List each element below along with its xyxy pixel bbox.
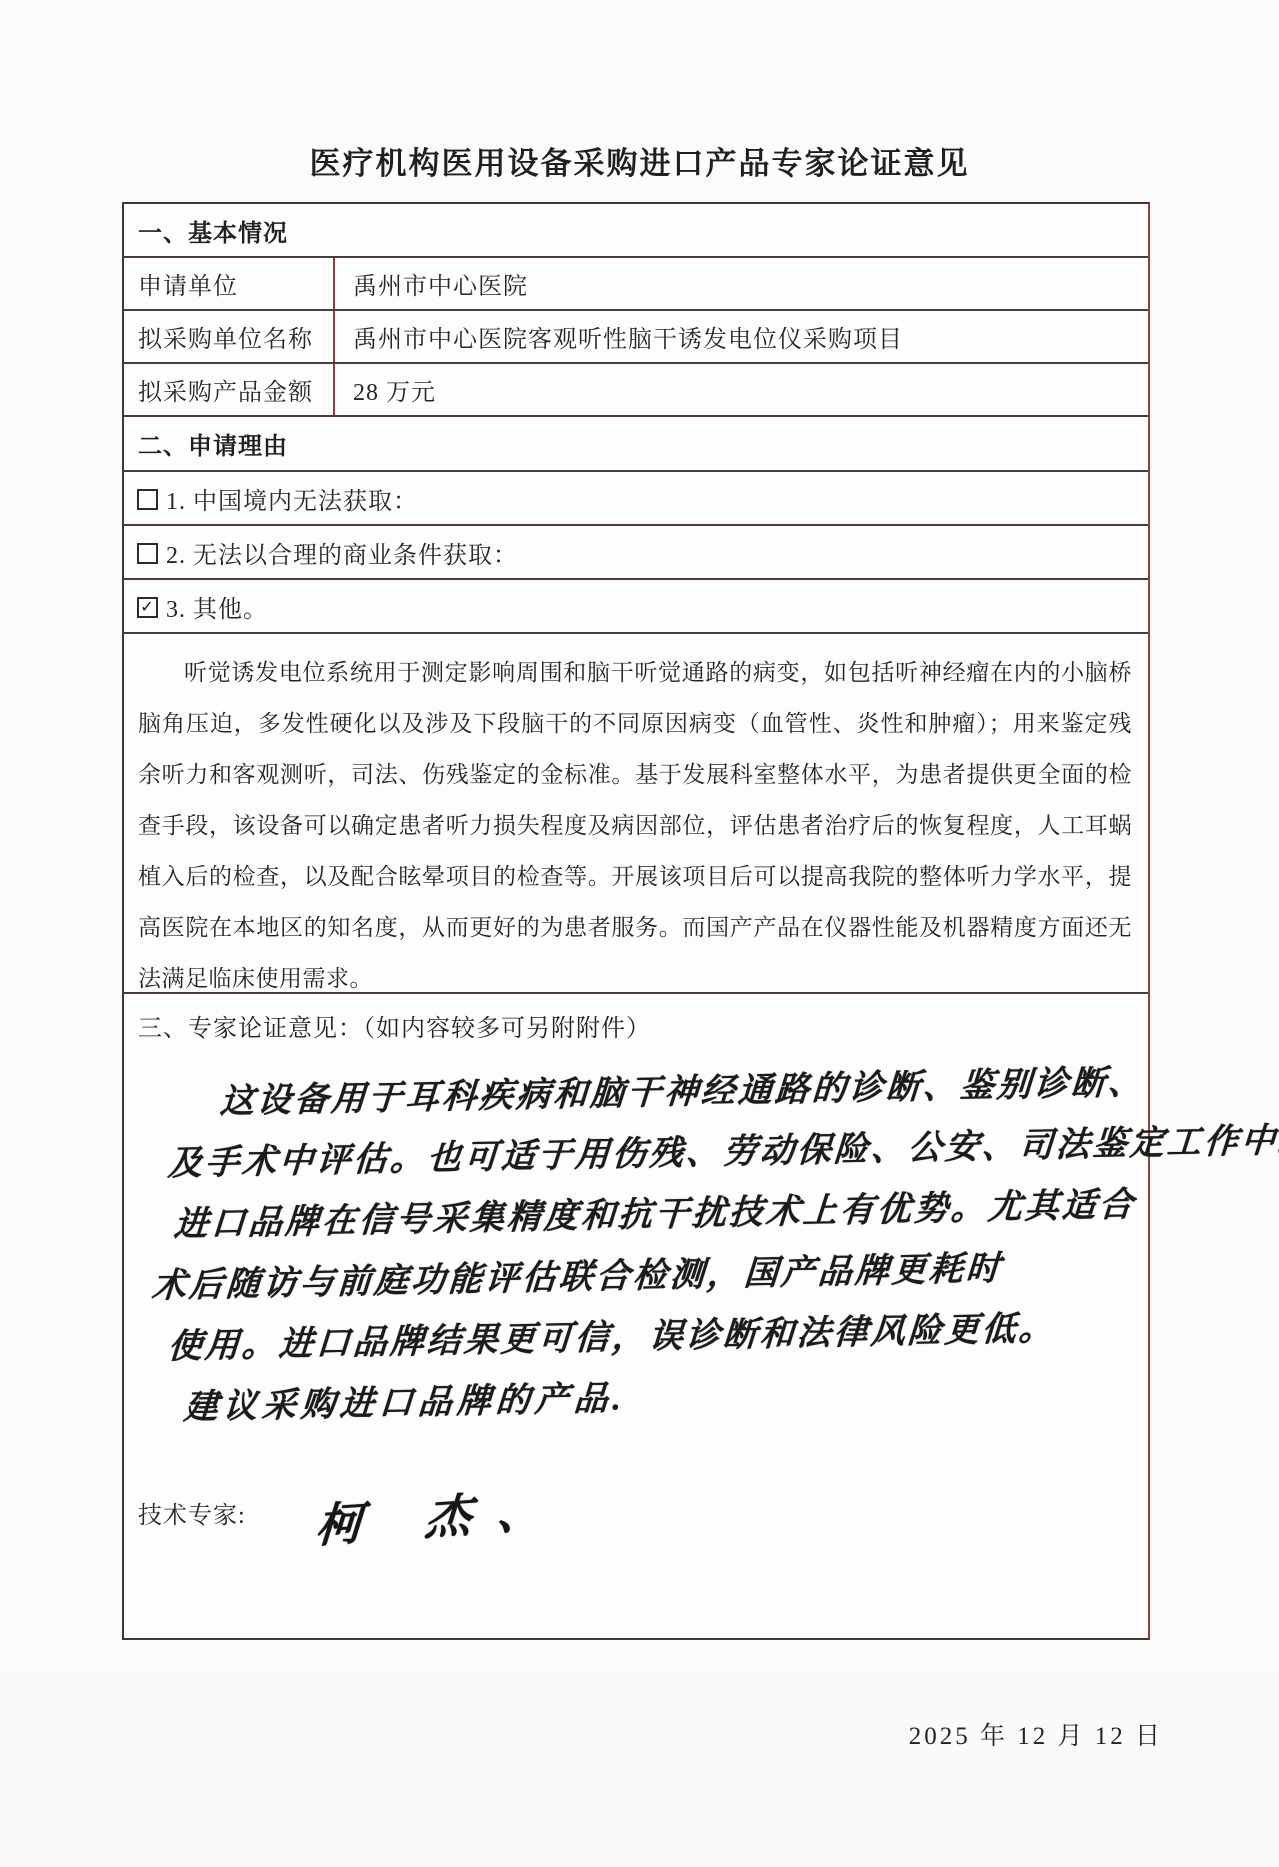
section-reason-header: 二、申请理由 xyxy=(124,417,1148,472)
reason-option-3: ✓ 3. 其他。 xyxy=(124,580,1148,634)
section-header-text: 二、申请理由 xyxy=(138,426,288,461)
checkbox-unchecked-icon xyxy=(137,543,158,564)
option-label: 2. 无法以合理的商业条件获取： xyxy=(166,535,518,570)
table-row-amount: 拟采购产品金额 28 万元 xyxy=(124,364,1148,417)
scanned-form-page: 医疗机构医用设备采购进口产品专家论证意见 一、基本情况 申请单位 禹州市中心医院… xyxy=(0,0,1279,1867)
reason-detail-cell: 听觉诱发电位系统用于测定影响周围和脑干听觉通路的病变，如包括听神经瘤在内的小脑桥… xyxy=(124,634,1148,994)
document-title: 医疗机构医用设备采购进口产品专家论证意见 xyxy=(0,138,1279,183)
signer-block: 技术专家: 柯 杰、 xyxy=(138,1481,1148,1547)
field-label: 拟采购单位名称 xyxy=(124,311,335,362)
field-value: 禹州市中心医院客观听性脑干诱发电位仪采购项目 xyxy=(335,311,1148,362)
reason-option-1: 1. 中国境内无法获取： xyxy=(124,472,1148,526)
field-value: 禹州市中心医院 xyxy=(335,258,1148,309)
field-value: 28 万元 xyxy=(335,364,1148,415)
expert-signature: 柯 杰、 xyxy=(314,1472,572,1556)
expert-opinion-cell: 三、专家论证意见：（如内容较多可另附附件） 这设备用于耳科疾病和脑干神经通路的诊… xyxy=(124,994,1148,1638)
form-table: 一、基本情况 申请单位 禹州市中心医院 拟采购单位名称 禹州市中心医院客观听性脑… xyxy=(122,202,1150,1640)
table-row-applicant: 申请单位 禹州市中心医院 xyxy=(124,258,1148,311)
table-row-project-name: 拟采购单位名称 禹州市中心医院客观听性脑干诱发电位仪采购项目 xyxy=(124,311,1148,364)
reason-option-2: 2. 无法以合理的商业条件获取： xyxy=(124,526,1148,580)
checkbox-unchecked-icon xyxy=(137,489,158,510)
section-header-text: 一、基本情况 xyxy=(138,213,288,248)
document-date: 2025 年 12 月 12 日 xyxy=(909,1716,1163,1752)
field-label: 拟采购产品金额 xyxy=(124,364,335,415)
option-label: 3. 其他。 xyxy=(166,589,268,624)
option-label: 1. 中国境内无法获取： xyxy=(166,481,418,516)
handwritten-opinion: 这设备用于耳科疾病和脑干神经通路的诊断、鉴别诊断、 及手术中评估。也可适于用伤残… xyxy=(112,1052,1160,1440)
technical-expert-label: 技术专家: xyxy=(138,1481,246,1530)
section-basic-info-header: 一、基本情况 xyxy=(124,204,1148,258)
field-label: 申请单位 xyxy=(124,258,335,309)
reason-paragraph: 听觉诱发电位系统用于测定影响周围和脑干听觉通路的病变，如包括听神经瘤在内的小脑桥… xyxy=(124,634,1148,1004)
checkbox-checked-icon: ✓ xyxy=(137,597,158,618)
section-expert-opinion-header: 三、专家论证意见：（如内容较多可另附附件） xyxy=(124,994,1148,1043)
